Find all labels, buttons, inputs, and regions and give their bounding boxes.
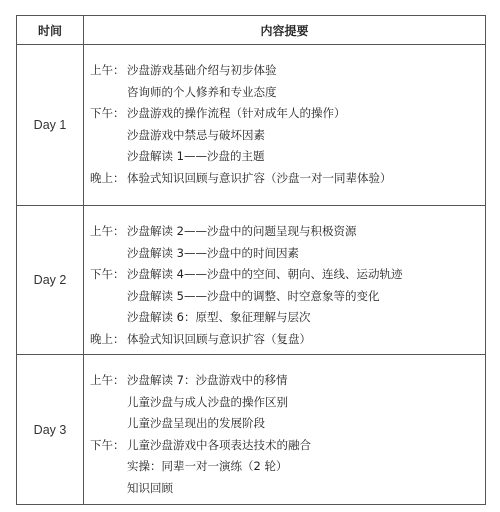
item-text: 体验式知识回顾与意识扩容（沙盘一对一同辈体验） <box>127 171 392 185</box>
period-label: 上午： <box>90 60 127 82</box>
item-text: 沙盘解读 2——沙盘中的问题呈现与积极资源 <box>127 224 356 238</box>
period-label: 下午： <box>90 103 127 125</box>
period-label: 晚上： <box>90 168 127 190</box>
list-item: 晚上：体验式知识回顾与意识扩容（沙盘一对一同辈体验） <box>90 168 485 190</box>
list-item: 实操：同辈一对一演练（2 轮） <box>90 456 485 478</box>
period-label: 下午： <box>90 435 127 457</box>
item-text: 沙盘解读 3——沙盘中的时间因素 <box>127 246 299 260</box>
list-item: 下午：沙盘解读 4——沙盘中的空间、朝向、连线、运动轨迹 <box>90 264 485 286</box>
item-text: 儿童沙盘游戏中各项表达技术的融合 <box>127 438 311 452</box>
list-item: 咨询师的个人修养和专业态度 <box>90 82 485 104</box>
header-content: 内容提要 <box>84 16 486 45</box>
header-time: 时间 <box>17 16 84 45</box>
item-text: 实操：同辈一对一演练（2 轮） <box>127 459 287 473</box>
table-row-day2: Day 2 上午：沙盘解读 2——沙盘中的问题呈现与积极资源 沙盘解读 3——沙… <box>17 206 486 355</box>
item-text: 沙盘游戏的操作流程（针对成年人的操作） <box>127 106 346 120</box>
list-item: 上午：沙盘游戏基础介绍与初步体验 <box>90 60 485 82</box>
item-text: 知识回顾 <box>127 481 173 495</box>
item-text: 儿童沙盘与成人沙盘的操作区别 <box>127 395 288 409</box>
list-item: 儿童沙盘与成人沙盘的操作区别 <box>90 392 485 414</box>
list-item: 沙盘解读 6：原型、象征理解与层次 <box>90 307 485 329</box>
list-item: 知识回顾 <box>90 478 485 500</box>
content-cell: 上午：沙盘解读 7：沙盘游戏中的移情 儿童沙盘与成人沙盘的操作区别 儿童沙盘呈现… <box>84 355 486 505</box>
period-label: 晚上： <box>90 329 127 351</box>
day-label: Day 2 <box>17 206 84 355</box>
list-item: 儿童沙盘呈现出的发展阶段 <box>90 413 485 435</box>
table-row-day3: Day 3 上午：沙盘解读 7：沙盘游戏中的移情 儿童沙盘与成人沙盘的操作区别 … <box>17 355 486 505</box>
list-item: 沙盘解读 1——沙盘的主题 <box>90 146 485 168</box>
list-item: 沙盘解读 3——沙盘中的时间因素 <box>90 243 485 265</box>
period-label: 下午： <box>90 264 127 286</box>
item-text: 体验式知识回顾与意识扩容（复盘） <box>127 332 311 346</box>
table-row-day1: Day 1 上午：沙盘游戏基础介绍与初步体验 咨询师的个人修养和专业态度 下午：… <box>17 45 486 206</box>
list-item: 下午：儿童沙盘游戏中各项表达技术的融合 <box>90 435 485 457</box>
item-text: 沙盘解读 1——沙盘的主题 <box>127 149 264 163</box>
period-label: 上午： <box>90 221 127 243</box>
period-label: 上午： <box>90 370 127 392</box>
list-item: 沙盘解读 5——沙盘中的调整、时空意象等的变化 <box>90 286 485 308</box>
item-text: 沙盘游戏中禁忌与破坏因素 <box>127 128 265 142</box>
day-label: Day 1 <box>17 45 84 206</box>
list-item: 上午：沙盘解读 2——沙盘中的问题呈现与积极资源 <box>90 221 485 243</box>
content-cell: 上午：沙盘解读 2——沙盘中的问题呈现与积极资源 沙盘解读 3——沙盘中的时间因… <box>84 206 486 355</box>
list-item: 沙盘游戏中禁忌与破坏因素 <box>90 125 485 147</box>
list-item: 下午：沙盘游戏的操作流程（针对成年人的操作） <box>90 103 485 125</box>
list-item: 晚上：体验式知识回顾与意识扩容（复盘） <box>90 329 485 351</box>
item-text: 沙盘游戏基础介绍与初步体验 <box>127 63 277 77</box>
item-text: 咨询师的个人修养和专业态度 <box>127 85 277 99</box>
schedule-table: 时间 内容提要 Day 1 上午：沙盘游戏基础介绍与初步体验 咨询师的个人修养和… <box>16 15 486 505</box>
item-text: 儿童沙盘呈现出的发展阶段 <box>127 416 265 430</box>
header-row: 时间 内容提要 <box>17 16 486 45</box>
item-text: 沙盘解读 7：沙盘游戏中的移情 <box>127 373 287 387</box>
day-label: Day 3 <box>17 355 84 505</box>
content-cell: 上午：沙盘游戏基础介绍与初步体验 咨询师的个人修养和专业态度 下午：沙盘游戏的操… <box>84 45 486 206</box>
item-text: 沙盘解读 4——沙盘中的空间、朝向、连线、运动轨迹 <box>127 267 402 281</box>
item-text: 沙盘解读 6：原型、象征理解与层次 <box>127 310 310 324</box>
item-text: 沙盘解读 5——沙盘中的调整、时空意象等的变化 <box>127 289 379 303</box>
list-item: 上午：沙盘解读 7：沙盘游戏中的移情 <box>90 370 485 392</box>
